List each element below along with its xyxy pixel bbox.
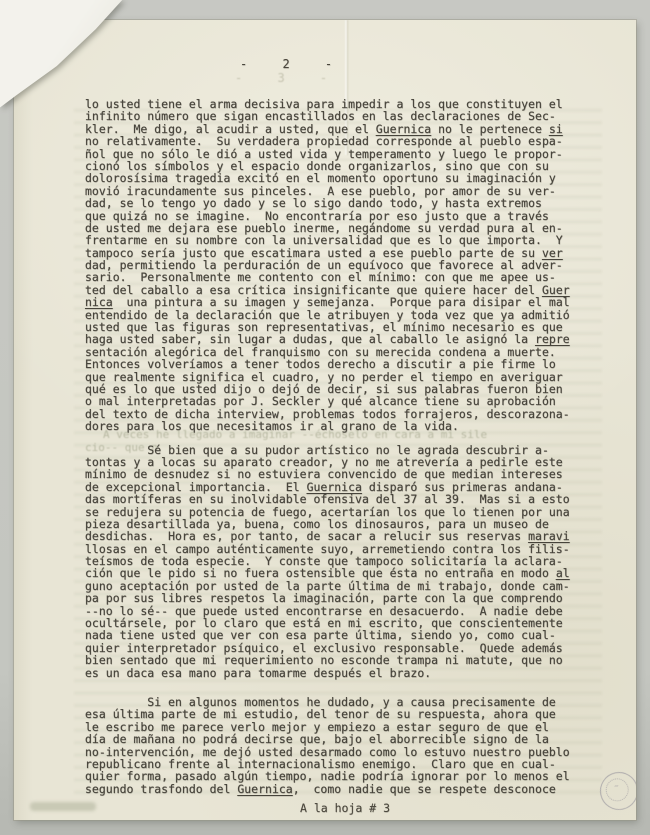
stamp-inner-ring: ~ [604, 776, 631, 803]
ghost-page-number: - 3 - [235, 71, 341, 85]
text-line: es un daca esa mano para tomarme después… [85, 667, 605, 679]
page-footer: A la hoja # 3 [300, 801, 390, 815]
page-number: - 2 - [240, 57, 346, 71]
text-line: dores para los que necesitamos ir al gra… [85, 420, 605, 432]
paragraph: Si en algunos momentos he dudado, y a ca… [85, 696, 605, 795]
text-line: segundo trasfondo del Guernica, como nad… [85, 783, 605, 795]
paragraph: Sé bien que a su pudor artístico no le a… [85, 444, 605, 679]
paragraph: lo usted tiene el arma decisiva para imp… [85, 98, 605, 433]
letter-body: lo usted tiene el arma decisiva para imp… [85, 98, 605, 795]
bleedthrough-smudge [30, 802, 96, 811]
overlapping-page-corner [0, 0, 126, 112]
overlapping-page-corner-shape [0, 0, 126, 112]
letter-page: - 2 - - 3 - A veces he llegado a imagina… [14, 20, 636, 820]
